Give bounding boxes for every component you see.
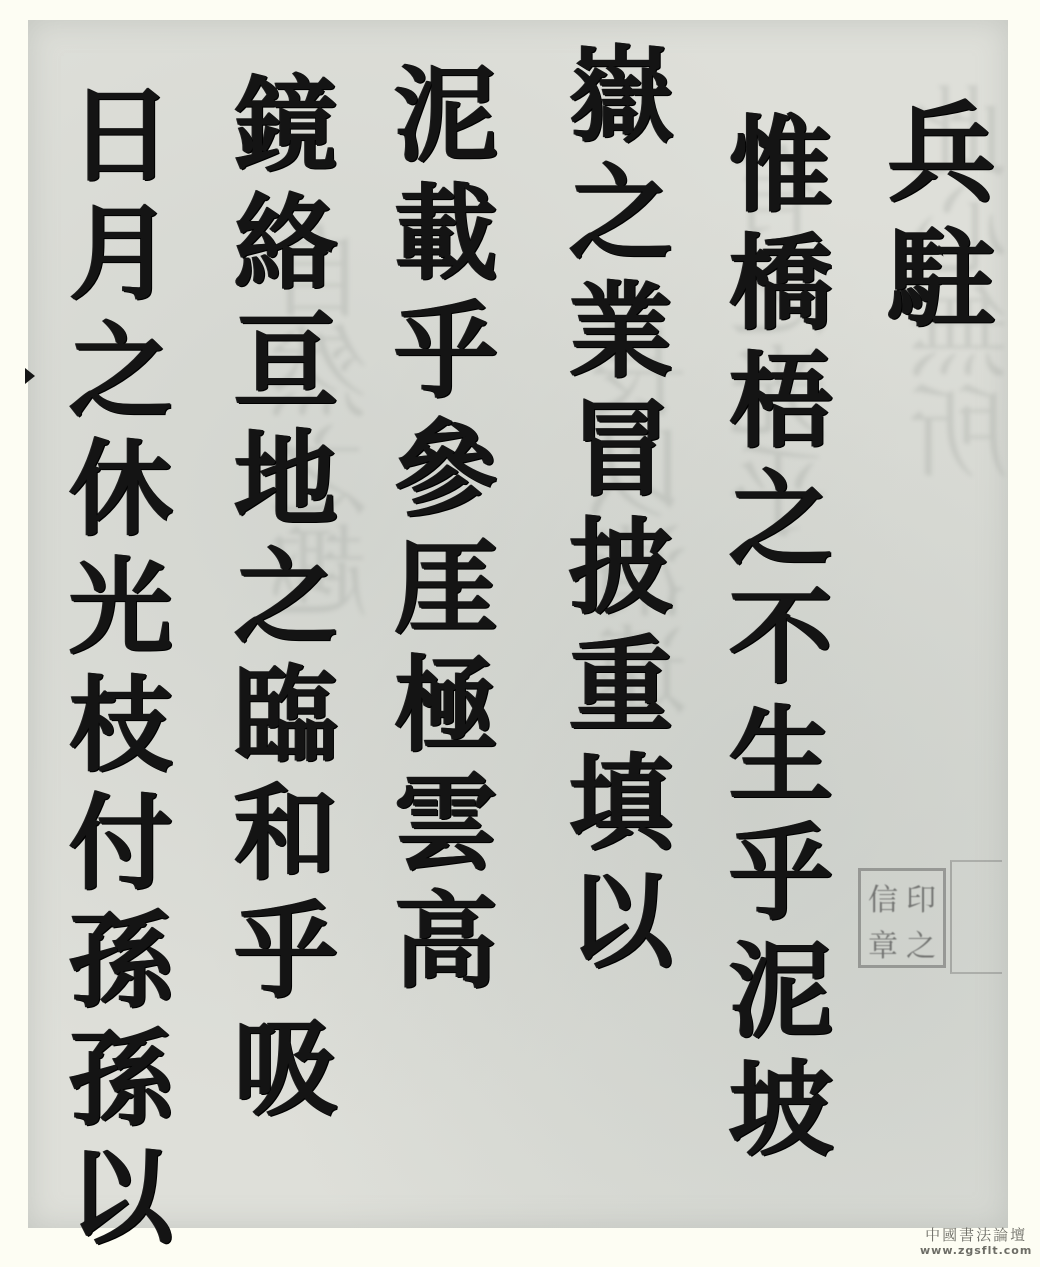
calligraphy-column-3: 嶽之業冒披重填以 xyxy=(560,40,664,984)
seal-glyph: 信 xyxy=(865,875,901,919)
calligraphy-paper: 此心無所 有之光乎 長以清遠 自然之趣 xyxy=(28,20,1008,1228)
calligraphy-column-4: 泥載乎參厓極雲高 xyxy=(385,60,489,1004)
seal-glyph: 印 xyxy=(903,875,939,919)
calligraphy-column-6: 日月之休光枝付孫孫以 xyxy=(60,80,164,1260)
faint-seal-impression xyxy=(950,860,1002,974)
edge-mark xyxy=(25,368,35,384)
collector-seal: 信 印 章 之 xyxy=(858,868,946,968)
watermark-url: www.zgsflt.com xyxy=(920,1244,1032,1258)
calligraphy-column-5: 鏡絡亘地之臨和乎吸 xyxy=(225,70,329,1132)
calligraphy-column-1: 兵駐 xyxy=(878,96,986,348)
calligraphy-column-2: 惟橋梧之不生乎泥坡 xyxy=(720,110,824,1172)
seal-glyph: 章 xyxy=(865,921,901,965)
watermark-title: 中國書法論壇 xyxy=(920,1226,1032,1244)
site-watermark: 中國書法論壇 www.zgsflt.com xyxy=(920,1226,1032,1258)
seal-glyph: 之 xyxy=(903,921,939,965)
